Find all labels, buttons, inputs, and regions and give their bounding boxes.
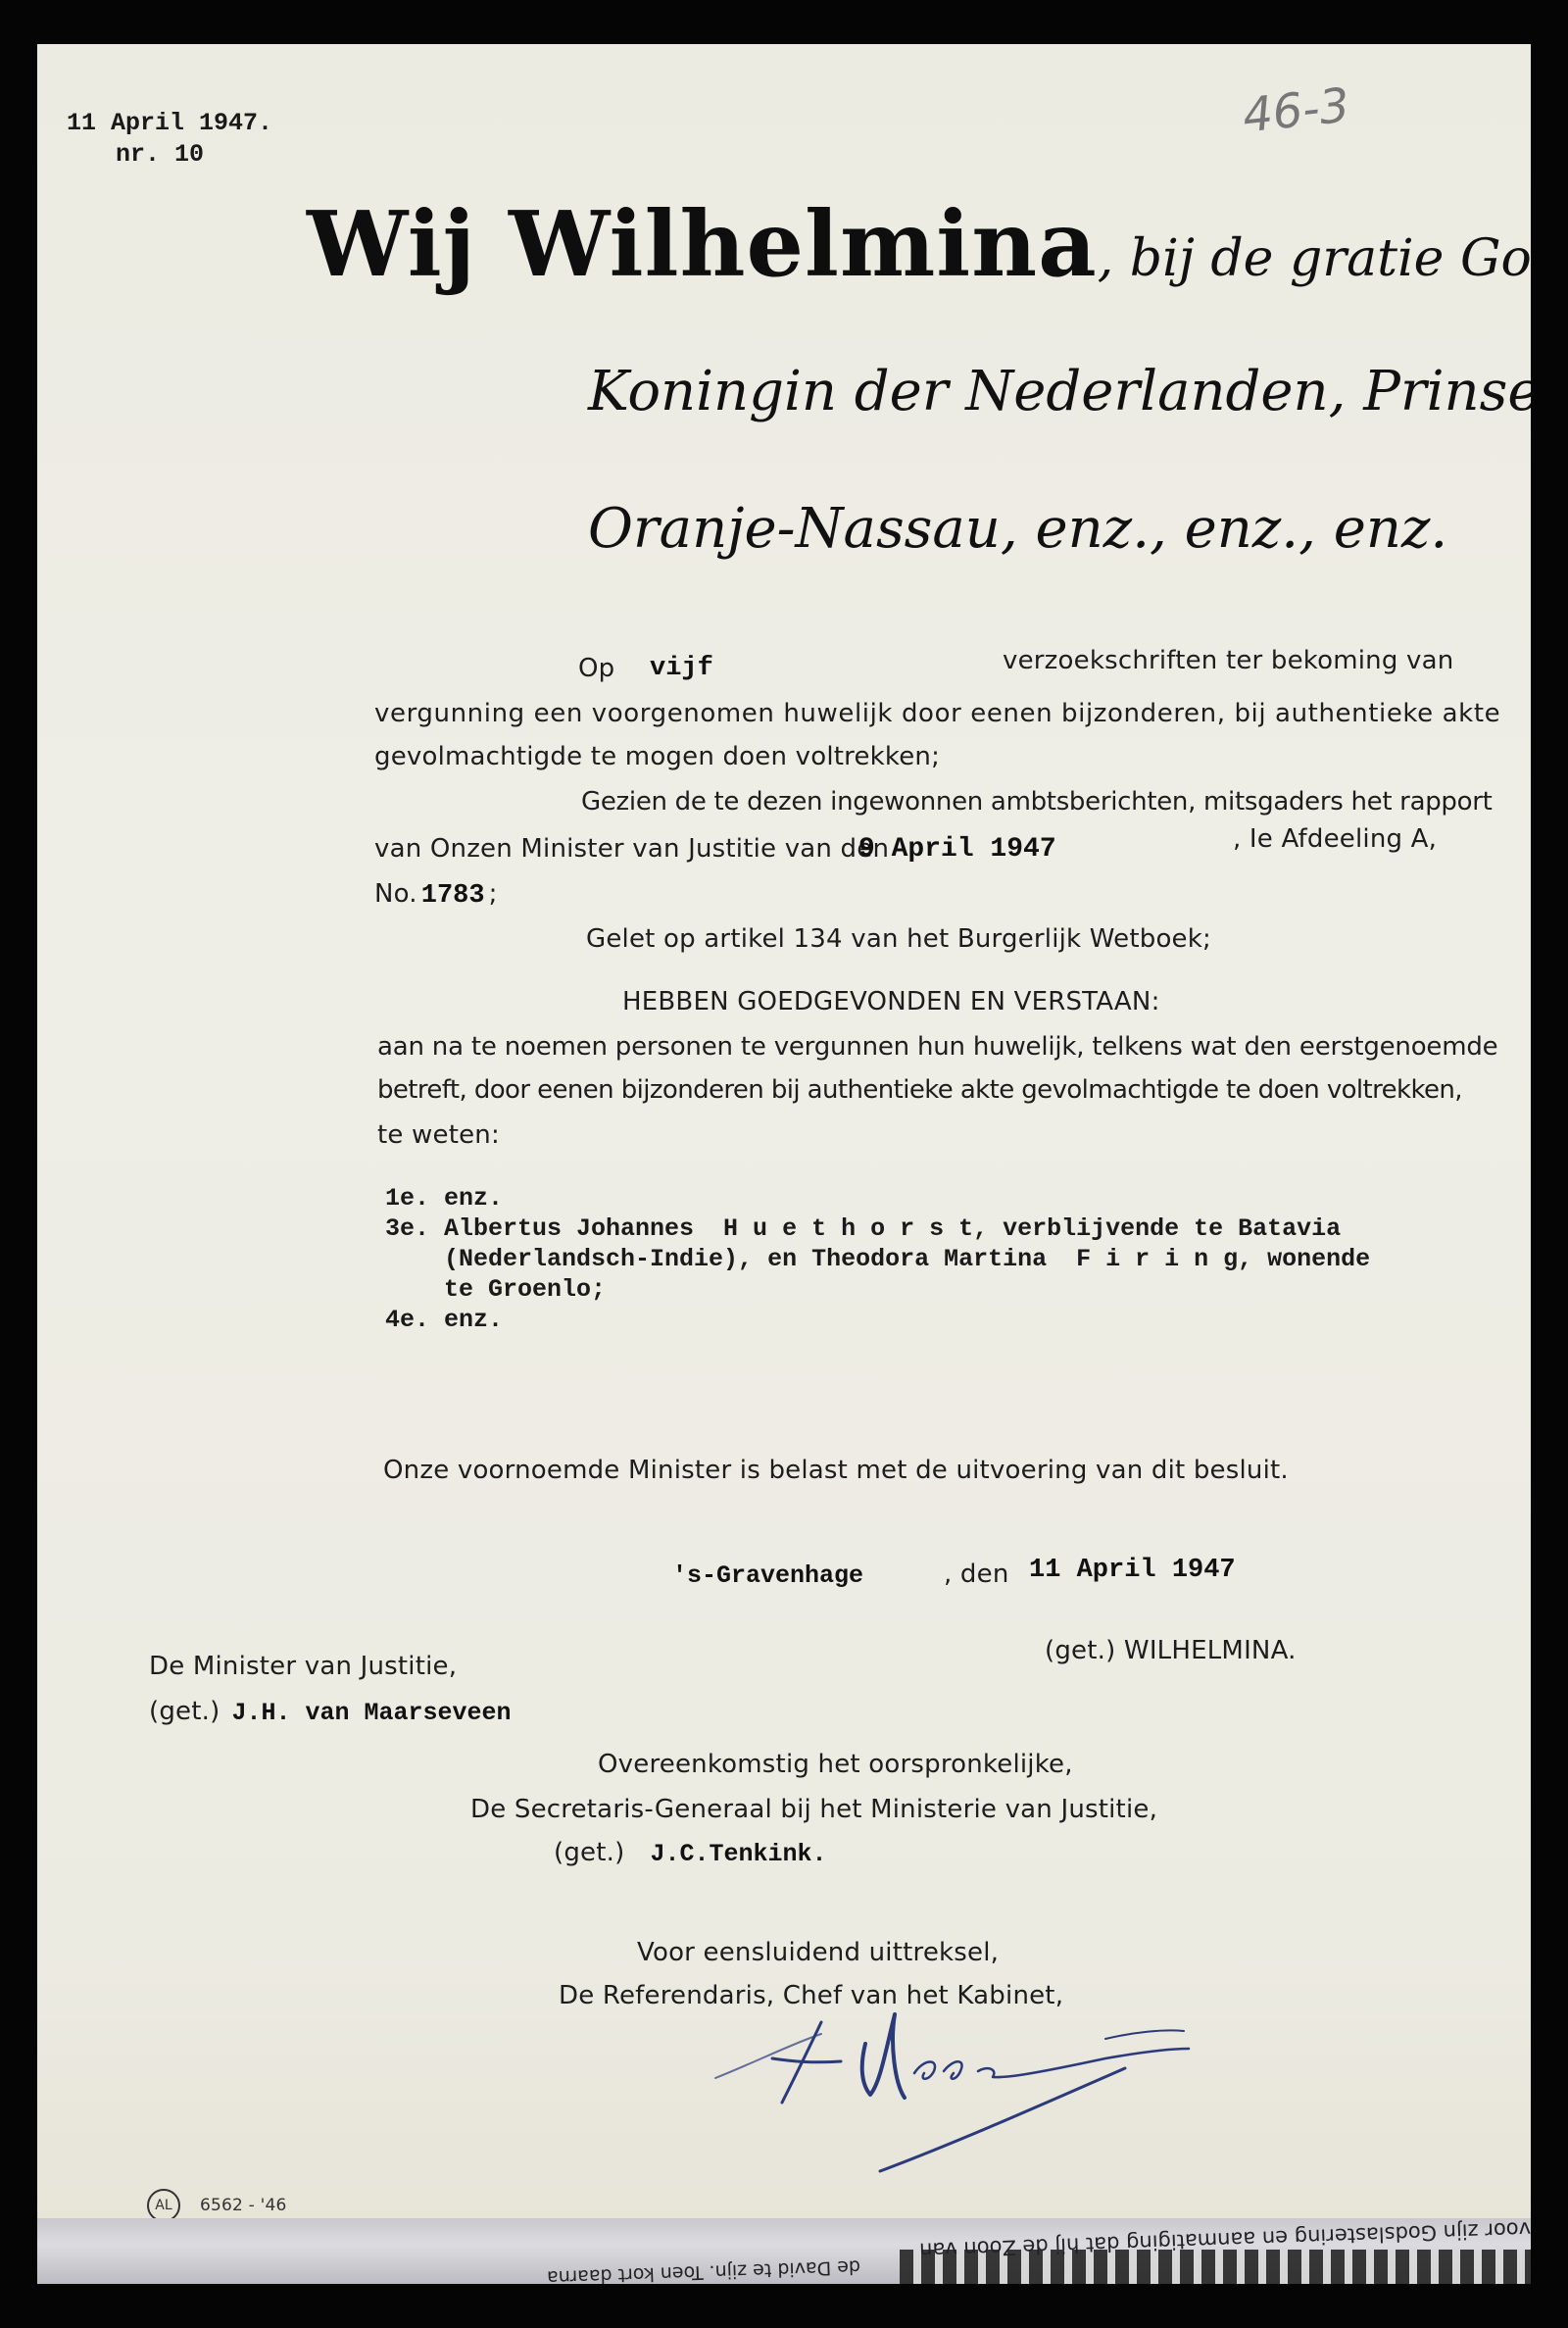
p1-op: Op: [578, 654, 614, 683]
title-line-1: Wij Wilhelmina, bij de gratie Gods,: [307, 191, 1531, 297]
p2-no-label: No.: [374, 879, 417, 909]
title-line-2: Koningin der Nederlanden, Prinses van: [588, 360, 1531, 423]
title-gothic: Wij Wilhelmina: [307, 191, 1098, 297]
list-item: 1e. enz.: [385, 1183, 1370, 1214]
p1-count: vijf: [650, 654, 713, 683]
header-date: 11 April 1947.: [67, 109, 272, 137]
print-code: 6562 - '46: [200, 2196, 287, 2215]
p4-line-3: te weten:: [377, 1120, 500, 1150]
printer-mark-icon: AL: [147, 2189, 180, 2222]
pencil-note: 46-3: [1240, 77, 1351, 143]
minister-name: J.H. van Maarseveen: [231, 1699, 511, 1727]
list-item: (Nederlandsch-Indie), en Theodora Martin…: [385, 1244, 1370, 1274]
extract-line: Voor eensluidend uittreksel,: [637, 1938, 999, 1967]
list-item: te Groenlo;: [385, 1274, 1370, 1305]
minister-get: (get.): [149, 1697, 220, 1726]
p1-line-3: gevolmachtigde te mogen doen voltrekken;: [374, 742, 940, 771]
p2-line-2-post: , Ie Afdeeling A,: [1233, 824, 1437, 854]
p1-line-2: vergunning een voorgenomen huwelijk door…: [374, 699, 1500, 728]
secgen-name: J.C.Tenkink.: [650, 1840, 826, 1868]
minister-title: De Minister van Justitie,: [149, 1652, 457, 1681]
p3: Gelet op artikel 134 van het Burgerlijk …: [586, 924, 1211, 954]
printer-mark: AL 6562 - '46: [147, 2189, 287, 2222]
header-number: nr. 10: [116, 140, 204, 169]
secgen-title: De Secretaris-Generaal bij het Ministeri…: [470, 1795, 1157, 1824]
title-script: , bij de gratie Gods,: [1098, 229, 1531, 288]
conform-line: Overeenkomstig het oorspronkelijke,: [598, 1750, 1073, 1779]
p2-line-2-pre: van Onzen Minister van Justitie van den: [374, 834, 889, 864]
p2-no-suffix: ;: [489, 879, 498, 909]
p2-line-1: Gezien de te dezen ingewonnen ambtsberic…: [581, 787, 1493, 817]
handwritten-signature: [713, 2005, 1262, 2191]
p2-no-value: 1783: [421, 881, 485, 911]
execution-clause: Onze voornoemde Minister is belast met d…: [383, 1456, 1289, 1485]
secgen-signature-line: (get.) J.C.Tenkink.: [554, 1838, 826, 1868]
queen-signed: (get.) WILHELMINA.: [1045, 1636, 1297, 1665]
p4-line-2: betreft, door eenen bijzonderen bij auth…: [377, 1075, 1462, 1105]
closing-date: 11 April 1947: [1029, 1556, 1236, 1585]
p2-number-line: No. 1783 ;: [374, 879, 498, 911]
place: 's-Gravenhage: [672, 1561, 863, 1590]
list-item: 4e. enz.: [385, 1305, 1370, 1335]
person-list: 1e. enz. 3e. Albertus Johannes H u e t h…: [385, 1183, 1370, 1335]
document-page: 11 April 1947. nr. 10 46-3 Wij Wilhelmin…: [37, 44, 1531, 2284]
title-line-3: Oranje-Nassau, enz., enz., enz.: [588, 497, 1447, 561]
p2-date: 9 April 1947: [858, 834, 1056, 865]
list-item: 3e. Albertus Johannes H u e t h o r s t,…: [385, 1214, 1370, 1244]
decree-heading: HEBBEN GOEDGEVONDEN EN VERSTAAN:: [622, 987, 1160, 1016]
minister-signature-line: (get.) J.H. van Maarseveen: [149, 1697, 512, 1727]
p1-rest: verzoekschriften ter bekoming van: [1003, 646, 1453, 675]
p4-line-1: aan na te noemen personen te vergunnen h…: [377, 1032, 1497, 1062]
den-label: , den: [944, 1560, 1009, 1589]
secgen-get: (get.): [554, 1838, 624, 1867]
